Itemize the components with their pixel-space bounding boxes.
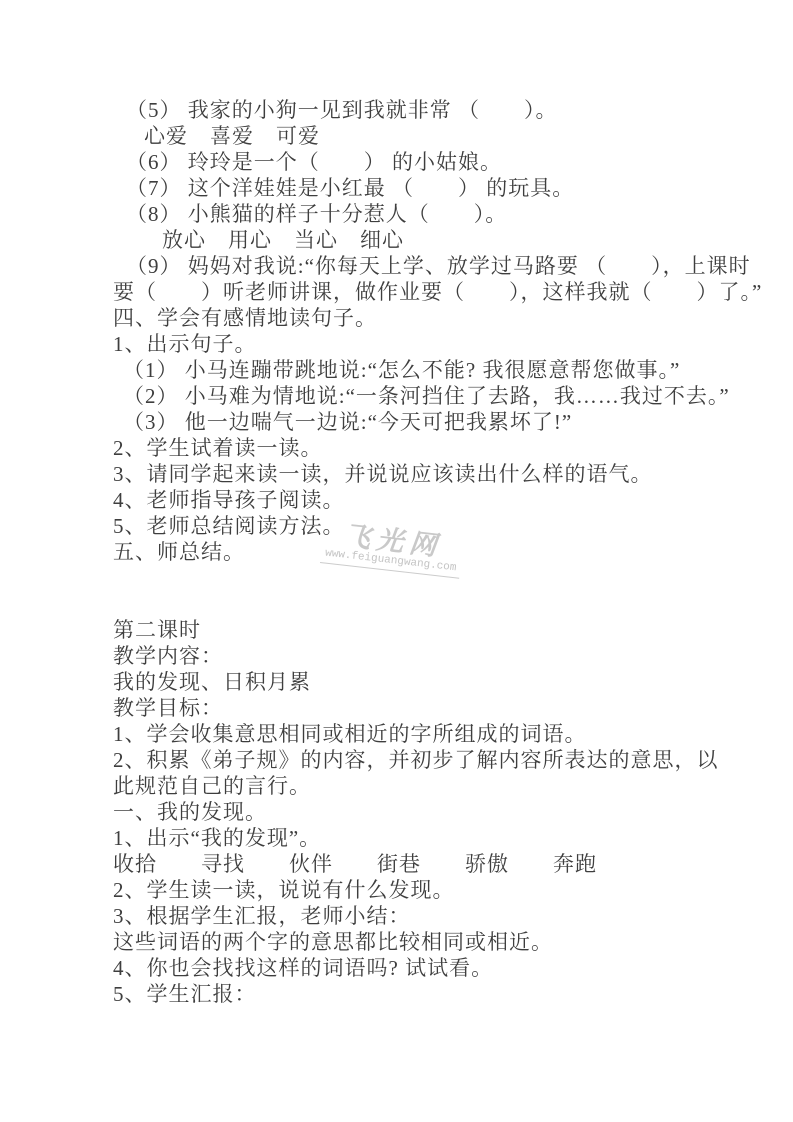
text-line: 2、学生读一读，说说有什么发现。 [113, 877, 713, 903]
text-line: 第二课时 [113, 617, 713, 643]
text-line: 五、师总结。 [113, 539, 713, 565]
text-line: 4、老师指导孩子阅读。 [113, 487, 713, 513]
text-line: 此规范自己的言行。 [113, 773, 713, 799]
text-line: 教学目标： [113, 695, 713, 721]
text-line: 一、我的发现。 [113, 799, 713, 825]
text-line: 3、根据学生汇报，老师小结： [113, 903, 713, 929]
text-line: （2） 小马难为情地说:“一条河挡住了去路，我……我过不去。” [123, 383, 713, 409]
text-line: 四、学会有感情地读句子。 [113, 305, 713, 331]
text-line: 收拾 寻找 伙伴 街巷 骄傲 奔跑 [113, 851, 713, 877]
document-body: （5） 我家的小狗一见到我就非常 （ ）。 心爱 喜爱 可爱 （6） 玲玲是一个… [113, 97, 713, 1007]
text-line: 1、学会收集意思相同或相近的字所组成的词语。 [113, 721, 713, 747]
text-line: 心爱 喜爱 可爱 [144, 123, 713, 149]
section-lesson1: （5） 我家的小狗一见到我就非常 （ ）。 心爱 喜爱 可爱 （6） 玲玲是一个… [113, 97, 713, 565]
text-line: 放心 用心 当心 细心 [162, 227, 713, 253]
text-line: 这些词语的两个字的意思都比较相同或相近。 [113, 929, 713, 955]
text-line: 要（ ）听老师讲课，做作业要（ ），这样我就（ ）了。” [113, 279, 713, 305]
text-line: 我的发现、日积月累 [113, 669, 713, 695]
text-line: 4、你也会找找这样的词语吗? 试试看。 [113, 955, 713, 981]
text-line: （7） 这个洋娃娃是小红最 （ ） 的玩具。 [126, 175, 713, 201]
section-gap [113, 565, 713, 617]
section-lesson2: 第二课时 教学内容： 我的发现、日积月累 教学目标： 1、学会收集意思相同或相近… [113, 617, 713, 1007]
document-page: （5） 我家的小狗一见到我就非常 （ ）。 心爱 喜爱 可爱 （6） 玲玲是一个… [0, 0, 793, 1122]
text-line: 1、出示“我的发现”。 [113, 825, 713, 851]
text-line: （1） 小马连蹦带跳地说:“怎么不能? 我很愿意帮您做事。” [123, 357, 713, 383]
text-line: 2、积累《弟子规》的内容，并初步了解内容所表达的意思，以 [113, 747, 713, 773]
text-line: 教学内容： [113, 643, 713, 669]
text-line: （5） 我家的小狗一见到我就非常 （ ）。 [126, 97, 713, 123]
text-line: （6） 玲玲是一个（ ） 的小姑娘。 [126, 149, 713, 175]
text-line: 2、学生试着读一读。 [113, 435, 713, 461]
text-line: 5、学生汇报： [113, 981, 713, 1007]
text-line: 1、出示句子。 [113, 331, 713, 357]
text-line: 3、请同学起来读一读，并说说应该读出什么样的语气。 [113, 461, 713, 487]
text-line: 5、老师总结阅读方法。 [113, 513, 713, 539]
text-line: （8） 小熊猫的样子十分惹人（ ）。 [126, 201, 713, 227]
text-line: （3） 他一边喘气一边说:“今天可把我累坏了!” [123, 409, 713, 435]
text-line: （9） 妈妈对我说:“你每天上学、放学过马路要 （ ），上课时 [126, 253, 713, 279]
